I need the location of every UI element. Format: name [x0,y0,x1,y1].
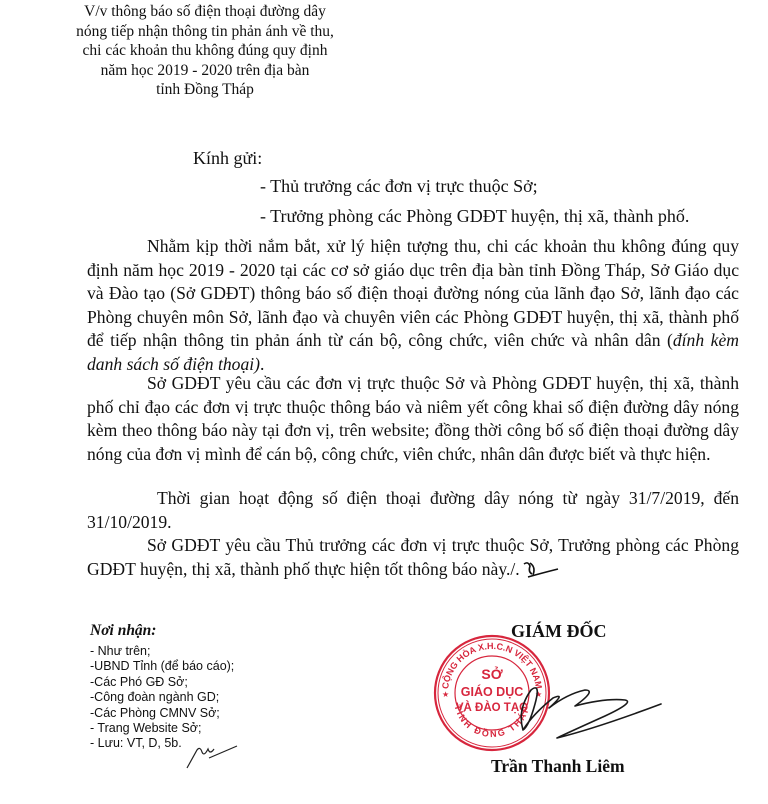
subject-line: nóng tiếp nhận thông tin phản ánh về thu… [60,22,350,42]
list-item: -Công đoàn ngành GD; [90,690,234,705]
subject-line: tỉnh Đồng Tháp [60,80,350,100]
body-paragraph-2: Sở GDĐT yêu cầu các đơn vị trực thuộc Sở… [87,372,739,466]
addressee-1: - Thủ trưởng các đơn vị trực thuộc Sở; [260,176,538,197]
subject-line: năm học 2019 - 2020 trên địa bàn [60,61,350,81]
addressee-2: - Trưởng phòng các Phòng GDĐT huyện, thị… [260,206,689,227]
salutation-label: Kính gửi: [193,148,262,169]
document-page: V/v thông báo số điện thoại đường dây nó… [0,0,768,804]
list-item: -Các Phòng CMNV Sở; [90,706,234,721]
svg-text:★: ★ [442,690,449,699]
body-paragraph-1: Nhằm kịp thời nắm bắt, xử lý hiện tượng … [87,235,739,376]
list-item: -UBND Tỉnh (để báo cáo); [90,659,234,674]
recipients-title: Nơi nhận: [90,622,156,640]
svg-text:SỞ: SỞ [481,665,502,682]
recipients-list: - Như trên; -UBND Tỉnh (để báo cáo); -Cá… [90,644,234,752]
subject-line: chi các khoản thu không đúng quy định [60,41,350,61]
list-item: -Các Phó GĐ Sở; [90,675,234,690]
signer-name: Trần Thanh Liêm [491,756,625,777]
initials-mark-icon [520,560,560,580]
small-signature-icon [185,742,240,770]
paragraph-text: Sở GDĐT yêu cầu Thủ trưởng các đơn vị tr… [87,535,739,579]
list-item: - Trang Website Sở; [90,721,234,736]
subject-block: V/v thông báo số điện thoại đường dây nó… [60,2,350,100]
paragraph-end: . [260,354,264,374]
subject-line: V/v thông báo số điện thoại đường dây [60,2,350,22]
list-item: - Như trên; [90,644,234,659]
body-paragraph-3: Thời gian hoạt động số điện thoại đường … [87,487,739,534]
body-paragraph-4: Sở GDĐT yêu cầu Thủ trưởng các đơn vị tr… [87,534,739,581]
paragraph-text: Nhằm kịp thời nắm bắt, xử lý hiện tượng … [87,236,739,350]
handwritten-signature-icon [505,675,665,745]
